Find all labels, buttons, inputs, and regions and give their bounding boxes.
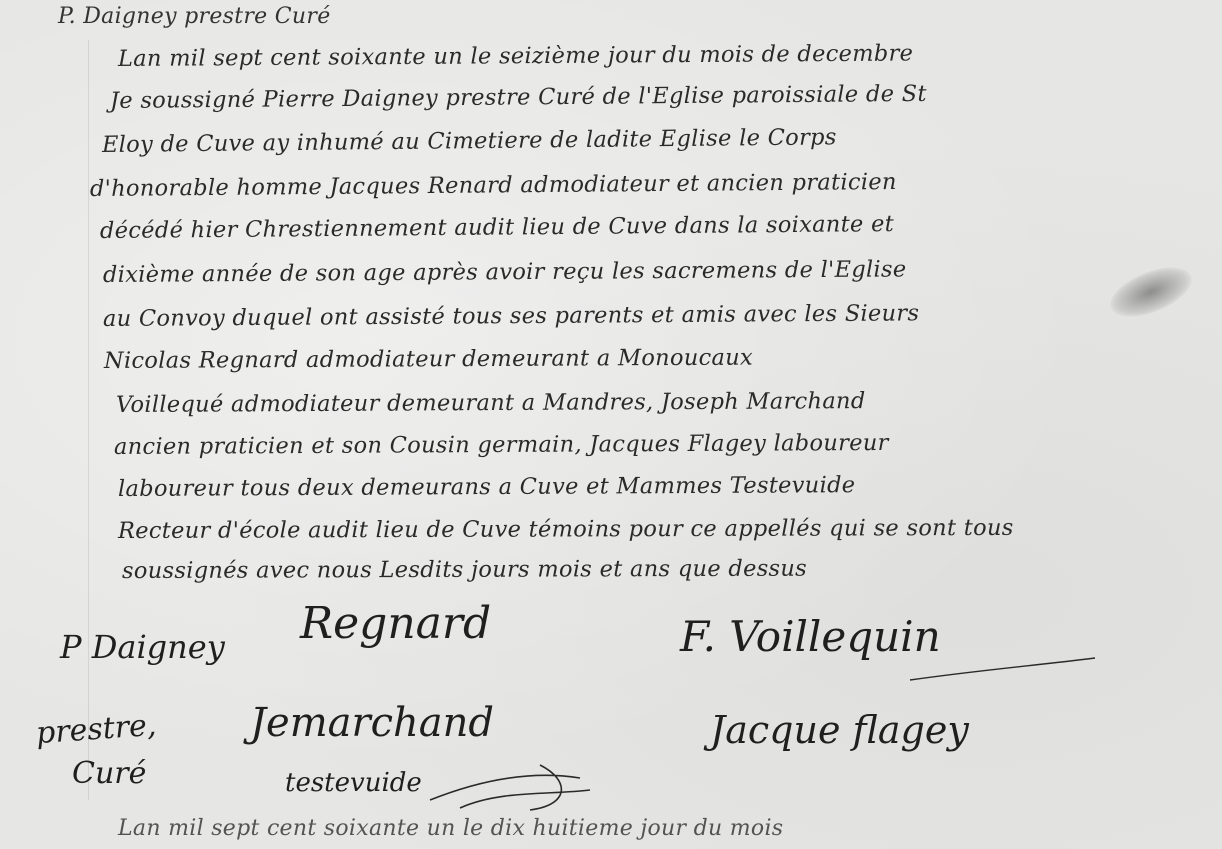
next-entry-text: Lan mil sept cent soixante un le dix hui…	[118, 816, 783, 841]
text-line-7: au Convoy duquel ont assisté tous ses pa…	[103, 300, 919, 332]
signature-flagey: Jacque flagey	[710, 708, 969, 752]
margin-rule	[88, 40, 89, 800]
signature-priest-title: prestre,	[35, 708, 158, 751]
text-line-1: Lan mil sept cent soixante un le seizièm…	[118, 40, 913, 72]
text-line-11: laboureur tous deux demeurans a Cuve et …	[118, 472, 856, 502]
text-line-8: Nicolas Regnard admodiateur demeurant a …	[104, 345, 753, 374]
signature-underline	[900, 650, 1100, 690]
signature-cure: Curé	[72, 756, 146, 791]
text-line-9: Voillequé admodiateur demeurant a Mandre…	[116, 388, 866, 418]
margin-note: P. Daigney prestre Curé	[58, 4, 331, 29]
document-page: P. Daigney prestre Curé Lan mil sept cen…	[0, 0, 1222, 849]
ink-stain	[1104, 257, 1199, 326]
signature-marchand: Jemarchand	[250, 700, 494, 746]
signature-flourish	[420, 760, 600, 820]
text-line-2: Je soussigné Pierre Daigney prestre Curé…	[110, 81, 927, 114]
signature-testevuide: testevuide	[285, 768, 422, 798]
text-line-13: soussignés avec nous Lesdits jours mois …	[122, 556, 807, 584]
text-line-5: décédé hier Chrestiennement audit lieu d…	[100, 211, 894, 244]
text-line-4: d'honorable homme Jacques Renard admodia…	[90, 169, 897, 202]
text-line-12: Recteur d'école audit lieu de Cuve témoi…	[118, 515, 1014, 544]
text-line-6: dixième année de son age après avoir reç…	[103, 256, 907, 288]
signature-regnard: Regnard	[300, 598, 491, 649]
text-line-10: ancien praticien et son Cousin germain, …	[114, 430, 889, 460]
signature-daigney: P Daigney	[60, 628, 225, 666]
text-line-3: Eloy de Cuve ay inhumé au Cimetiere de l…	[102, 124, 837, 158]
